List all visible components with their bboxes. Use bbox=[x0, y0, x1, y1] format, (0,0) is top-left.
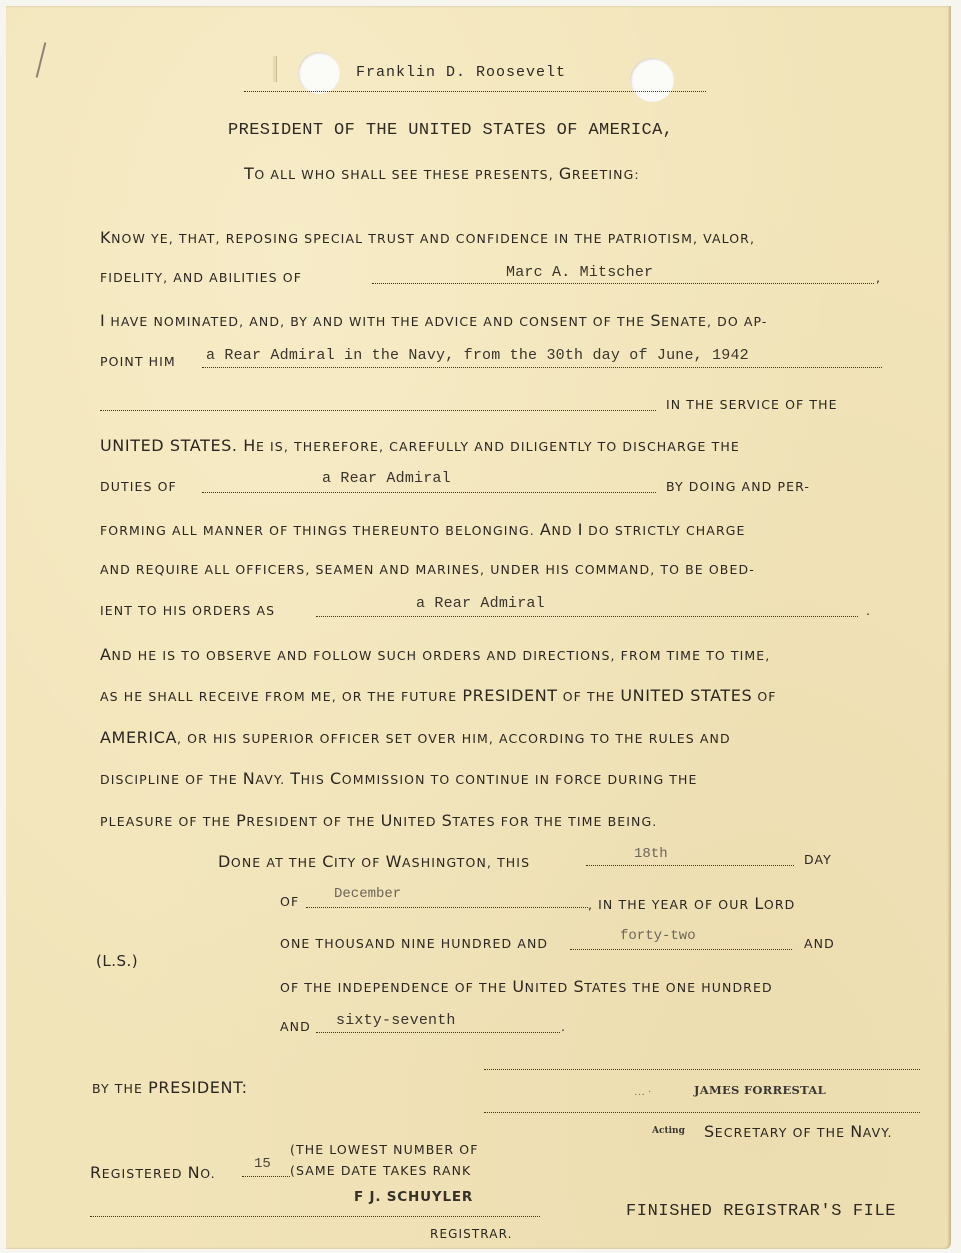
para2-line2: AS HE SHALL RECEIVE FROM ME, OR THE FUTU… bbox=[100, 686, 777, 705]
and-label: AND bbox=[280, 1019, 311, 1034]
dating-line2-suffix: , IN THE YEAR OF OUR LORD bbox=[588, 894, 795, 913]
signature-line bbox=[244, 91, 706, 92]
para1-line4-prefix: POINT HIM bbox=[100, 354, 176, 369]
day-fill-line bbox=[586, 865, 794, 866]
orders-rank: a Rear Admiral bbox=[416, 595, 545, 612]
registrar-label: REGISTRAR. bbox=[430, 1227, 513, 1241]
para1-line7-prefix: DUTIES OF bbox=[100, 479, 177, 494]
secretary-signature-stamp: JAMES FORRESTAL bbox=[694, 1083, 826, 1097]
independence-fill-line bbox=[316, 1032, 560, 1033]
greeting: TO ALL WHO SHALL SEE THESE PRESENTS, GRE… bbox=[244, 164, 640, 183]
registration-prefix: REGISTERED NO. bbox=[90, 1163, 216, 1182]
smudge-mark: … · bbox=[634, 1086, 651, 1098]
para1-line2-suffix: , bbox=[876, 270, 881, 285]
acting-stamp: Acting bbox=[652, 1126, 685, 1136]
year-fill-line bbox=[570, 949, 792, 950]
punch-hole-left bbox=[298, 52, 340, 94]
para2-line4: DISCIPLINE OF THE NAVY. THIS COMMISSION … bbox=[100, 769, 698, 788]
by-the-president: BY THE PRESIDENT: bbox=[92, 1078, 248, 1097]
day-value: 18th bbox=[634, 846, 668, 862]
para1-line3: I HAVE NOMINATED, AND, BY AND WITH THE A… bbox=[100, 311, 767, 330]
month-fill-line bbox=[306, 907, 588, 908]
appointment-fill-line bbox=[202, 367, 882, 368]
para1-line9: AND REQUIRE ALL OFFICERS, SEAMEN AND MAR… bbox=[100, 562, 755, 577]
registration-number-line bbox=[242, 1176, 290, 1177]
para1-line5-suffix: IN THE SERVICE OF THE bbox=[666, 397, 838, 412]
secretary-title: SECRETARY OF THE NAVY. bbox=[704, 1122, 893, 1141]
commission-document: Franklin D. Roosevelt PRESIDENT OF THE U… bbox=[6, 6, 951, 1249]
registration-number: 15 bbox=[254, 1156, 271, 1172]
para1-line2-prefix: FIDELITY, AND ABILITIES OF bbox=[100, 270, 302, 285]
independence-period: . bbox=[561, 1019, 566, 1034]
para1-line8: FORMING ALL MANNER OF THINGS THEREUNTO B… bbox=[100, 520, 746, 539]
registrar-stamp: F J. SCHUYLER bbox=[354, 1189, 473, 1205]
appointee-name: Marc A. Mitscher bbox=[506, 264, 653, 281]
para1-line10-prefix: IENT TO HIS ORDERS AS bbox=[100, 603, 275, 618]
registration-note-2: (SAME DATE TAKES RANK bbox=[290, 1163, 471, 1178]
para1-line10-suffix: . bbox=[866, 603, 871, 618]
appointment-fill-line-2 bbox=[100, 410, 656, 411]
para2-line1: AND HE IS TO OBSERVE AND FOLLOW SUCH ORD… bbox=[100, 645, 770, 664]
para2-line5: PLEASURE OF THE PRESIDENT OF THE UNITED … bbox=[100, 811, 657, 830]
registrar-signature-line bbox=[90, 1216, 540, 1217]
duties-rank: a Rear Admiral bbox=[322, 470, 451, 487]
para1-line1: KNOW YE, THAT, REPOSING SPECIAL TRUST AN… bbox=[100, 228, 755, 247]
year-words: forty-two bbox=[620, 928, 696, 944]
day-suffix: DAY bbox=[804, 852, 832, 867]
appointment-text: a Rear Admiral in the Navy, from the 30t… bbox=[206, 347, 749, 364]
para2-line3: AMERICA, OR HIS SUPERIOR OFFICER SET OVE… bbox=[100, 728, 731, 747]
orders-fill-line bbox=[316, 616, 858, 617]
secretary-signature-line-1 bbox=[484, 1069, 920, 1070]
para1-line6: UNITED STATES. HE IS, THEREFORE, CAREFUL… bbox=[100, 436, 740, 455]
registration-note-1: (THE LOWEST NUMBER OF bbox=[290, 1142, 479, 1157]
document-title: PRESIDENT OF THE UNITED STATES OF AMERIC… bbox=[228, 121, 673, 140]
signer-typed-name: Franklin D. Roosevelt bbox=[356, 64, 566, 81]
of-label: OF bbox=[280, 894, 299, 909]
name-fill-line bbox=[372, 283, 874, 284]
month-value: December bbox=[334, 886, 401, 902]
duties-fill-line bbox=[202, 492, 656, 493]
dating-line4: OF THE INDEPENDENCE OF THE UNITED STATES… bbox=[280, 977, 773, 996]
seal-label: (L.S.) bbox=[96, 952, 138, 970]
secretary-signature-line-2 bbox=[484, 1112, 920, 1113]
independence-year: sixty-seventh bbox=[336, 1012, 456, 1029]
dating-line1: DONE AT THE CITY OF WASHINGTON, THIS bbox=[218, 852, 530, 871]
paper-mark bbox=[273, 56, 276, 82]
dating-line3-suffix: AND bbox=[804, 936, 835, 951]
file-note: FINISHED REGISTRAR'S FILE bbox=[626, 1202, 896, 1221]
pencil-mark bbox=[36, 42, 47, 77]
punch-hole-right bbox=[630, 58, 674, 102]
para1-line7-suffix: BY DOING AND PER- bbox=[666, 479, 810, 494]
dating-line3-prefix: ONE THOUSAND NINE HUNDRED AND bbox=[280, 936, 548, 951]
